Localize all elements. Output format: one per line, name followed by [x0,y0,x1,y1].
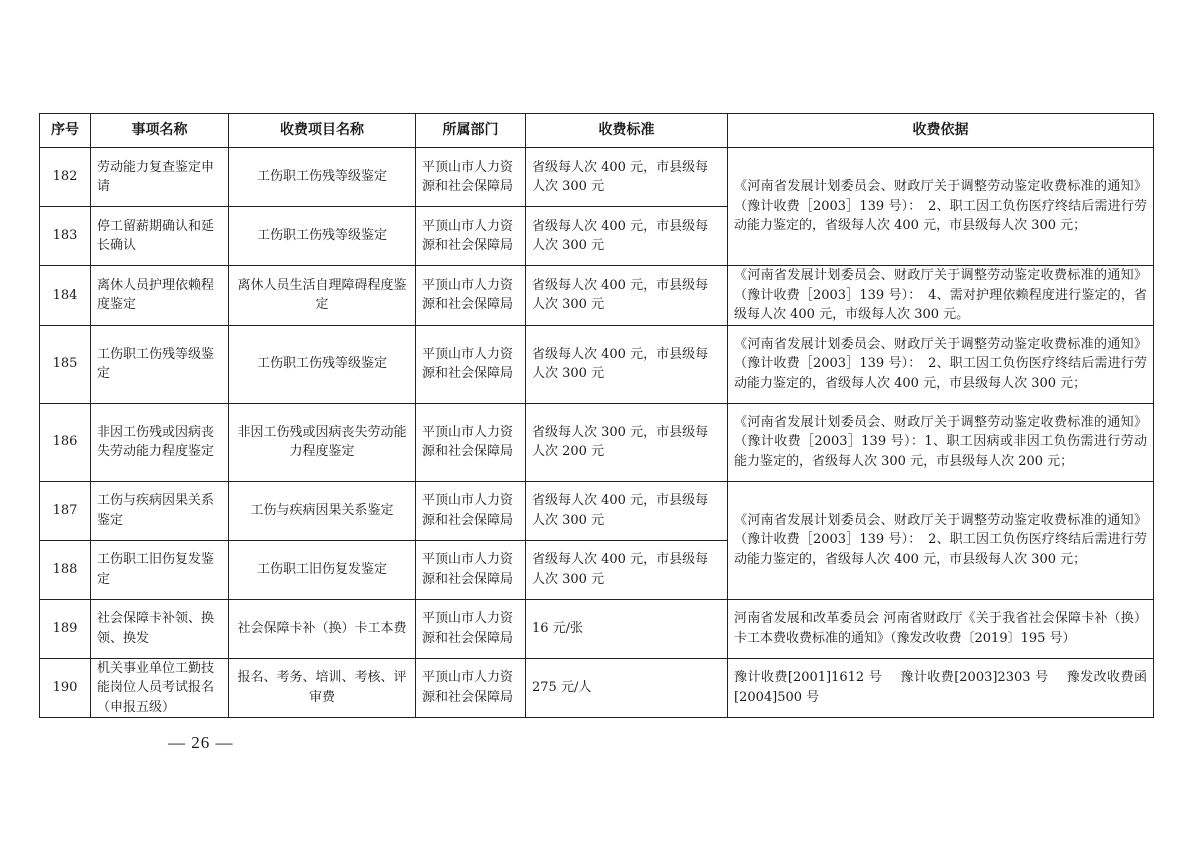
row-no: 186 [40,403,91,481]
row-fee-standard: 16 元/张 [526,599,728,658]
row-fee-basis: 河南省发展和改革委员会 河南省财政厅《关于我省社会保障卡补（换）卡工本费收费标准… [728,599,1154,658]
row-fee-standard: 省级每人次 300 元，市县级每人次 200 元 [526,403,728,481]
row-department: 平顶山市人力资源和社会保障局 [416,540,526,599]
row-department: 平顶山市人力资源和社会保障局 [416,148,526,207]
row-fee-project: 离休人员生活自理障碍程度鉴定 [229,266,416,326]
row-fee-project: 社会保障卡补（换）卡工本费 [229,599,416,658]
row-item-name: 机关事业单位工勤技能岗位人员考试报名（申报五级） [91,658,229,718]
row-fee-standard: 省级每人次 400 元，市县级每人次 300 元 [526,266,728,326]
table-row: 185 工伤职工伤残等级鉴定 工伤职工伤残等级鉴定 平顶山市人力资源和社会保障局… [40,325,1154,403]
row-fee-project: 工伤职工伤残等级鉴定 [229,325,416,403]
header-no: 序号 [40,114,91,148]
row-fee-standard: 275 元/人 [526,658,728,718]
row-fee-basis: 《河南省发展计划委员会、财政厅关于调整劳动鉴定收费标准的通知》（豫计收费［200… [728,148,1154,266]
table-row: 189 社会保障卡补领、换领、换发 社会保障卡补（换）卡工本费 平顶山市人力资源… [40,599,1154,658]
row-no: 190 [40,658,91,718]
row-fee-basis: 《河南省发展计划委员会、财政厅关于调整劳动鉴定收费标准的通知》（豫计收费［200… [728,266,1154,326]
row-item-name: 停工留薪期确认和延长确认 [91,207,229,266]
row-fee-project: 工伤职工旧伤复发鉴定 [229,540,416,599]
row-department: 平顶山市人力资源和社会保障局 [416,599,526,658]
row-no: 189 [40,599,91,658]
row-department: 平顶山市人力资源和社会保障局 [416,325,526,403]
row-no: 184 [40,266,91,326]
row-item-name: 工伤职工伤残等级鉴定 [91,325,229,403]
row-fee-project: 工伤与疾病因果关系鉴定 [229,481,416,540]
row-fee-standard: 省级每人次 400 元，市县级每人次 300 元 [526,325,728,403]
row-fee-standard: 省级每人次 400 元，市县级每人次 300 元 [526,481,728,540]
fee-table: 序号 事项名称 收费项目名称 所属部门 收费标准 收费依据 182 劳动能力复查… [39,113,1154,718]
row-fee-project: 报名、考务、培训、考核、评审费 [229,658,416,718]
row-fee-project: 工伤职工伤残等级鉴定 [229,207,416,266]
row-item-name: 非因工伤残或因病丧失劳动能力程度鉴定 [91,403,229,481]
row-fee-standard: 省级每人次 400 元，市县级每人次 300 元 [526,540,728,599]
row-fee-basis: 《河南省发展计划委员会、财政厅关于调整劳动鉴定收费标准的通知》（豫计收费［200… [728,403,1154,481]
row-fee-basis: 《河南省发展计划委员会、财政厅关于调整劳动鉴定收费标准的通知》（豫计收费［200… [728,481,1154,599]
row-item-name: 离休人员护理依赖程度鉴定 [91,266,229,326]
row-fee-standard: 省级每人次 400 元，市县级每人次 300 元 [526,207,728,266]
row-department: 平顶山市人力资源和社会保障局 [416,266,526,326]
row-fee-project: 工伤职工伤残等级鉴定 [229,148,416,207]
row-no: 182 [40,148,91,207]
row-department: 平顶山市人力资源和社会保障局 [416,481,526,540]
header-department: 所属部门 [416,114,526,148]
header-fee-project: 收费项目名称 [229,114,416,148]
table-header-row: 序号 事项名称 收费项目名称 所属部门 收费标准 收费依据 [40,114,1154,148]
row-department: 平顶山市人力资源和社会保障局 [416,403,526,481]
row-item-name: 工伤职工旧伤复发鉴定 [91,540,229,599]
row-item-name: 社会保障卡补领、换领、换发 [91,599,229,658]
header-fee-standard: 收费标准 [526,114,728,148]
table-row: 182 劳动能力复查鉴定申请 工伤职工伤残等级鉴定 平顶山市人力资源和社会保障局… [40,148,1154,207]
row-item-name: 劳动能力复查鉴定申请 [91,148,229,207]
header-item-name: 事项名称 [91,114,229,148]
row-fee-basis: 《河南省发展计划委员会、财政厅关于调整劳动鉴定收费标准的通知》（豫计收费［200… [728,325,1154,403]
table-row: 184 离休人员护理依赖程度鉴定 离休人员生活自理障碍程度鉴定 平顶山市人力资源… [40,266,1154,326]
table-row: 186 非因工伤残或因病丧失劳动能力程度鉴定 非因工伤残或因病丧失劳动能力程度鉴… [40,403,1154,481]
table-row: 187 工伤与疾病因果关系鉴定 工伤与疾病因果关系鉴定 平顶山市人力资源和社会保… [40,481,1154,540]
row-no: 185 [40,325,91,403]
table-row: 190 机关事业单位工勤技能岗位人员考试报名（申报五级） 报名、考务、培训、考核… [40,658,1154,718]
row-item-name: 工伤与疾病因果关系鉴定 [91,481,229,540]
row-fee-project: 非因工伤残或因病丧失劳动能力程度鉴定 [229,403,416,481]
row-department: 平顶山市人力资源和社会保障局 [416,207,526,266]
row-fee-basis: 豫计收费[2001]1612 号 豫计收费[2003]2303 号 豫发改收费函… [728,658,1154,718]
row-no: 187 [40,481,91,540]
page-number: — 26 — [168,733,234,753]
header-fee-basis: 收费依据 [728,114,1154,148]
row-fee-standard: 省级每人次 400 元，市县级每人次 300 元 [526,148,728,207]
row-no: 188 [40,540,91,599]
row-no: 183 [40,207,91,266]
row-department: 平顶山市人力资源和社会保障局 [416,658,526,718]
